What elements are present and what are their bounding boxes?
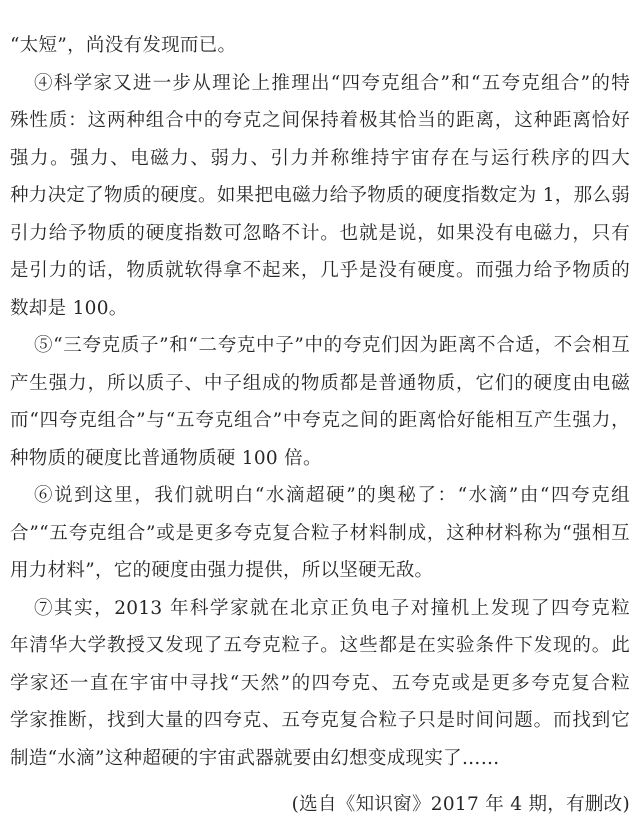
text-line: 学家推断，找到大量的四夸克、五夸克复合粒子只是时间问题。而找到它们之后， bbox=[10, 702, 630, 740]
document-page: “太短”，尚没有发现而已。 ④科学家又进一步从理论上推理出“四夸克组合”和“五夸… bbox=[0, 0, 640, 838]
text-line: 引力给予物质的硬度指数可忽略不计。也就是说，如果没有电磁力，只有弱力或 bbox=[10, 215, 630, 253]
text-line: 是引力的话，物质就软得拿不起来，几乎是没有硬度。而强力给予物质的硬度指 bbox=[10, 252, 630, 290]
text-line: 而“四夸克组合”与“五夸克组合”中夸克之间的距离恰好能相互产生强力，这 bbox=[10, 402, 630, 440]
text-line-paragraph-6-start: ⑥说到这里，我们就明白“水滴超硬”的奥秘了：“水滴”由“四夸克组 bbox=[10, 477, 630, 515]
text-line: 用力材料”，它的硬度由强力提供，所以坚硬无敌。 bbox=[10, 552, 630, 590]
text-line: 种物质的硬度比普通物质硬 100 倍。 bbox=[10, 440, 630, 478]
text-line: “太短”，尚没有发现而已。 bbox=[10, 27, 630, 65]
text-line: 制造“水滴”这种超硬的宇宙武器就要由幻想变成现实了…… bbox=[10, 740, 630, 778]
text-line: 合”“五夸克组合”或是更多夸克复合粒子材料制成，这种材料称为“强相互作 bbox=[10, 515, 630, 553]
text-line: 年清华大学教授又发现了五夸克粒子。这些都是在实验条件下发现的。此外，科 bbox=[10, 627, 630, 665]
attribution-line: (选自《知识窗》2017 年 4 期，有删改) bbox=[10, 786, 630, 824]
text-line-paragraph-4-start: ④科学家又进一步从理论上推理出“四夸克组合”和“五夸克组合”的特 bbox=[10, 65, 630, 103]
text-line-paragraph-7-start: ⑦其实，2013 年科学家就在北京正负电子对撞机上发现了四夸克粒子，2015 bbox=[10, 590, 630, 628]
text-line: 数却是 100。 bbox=[10, 290, 630, 328]
text-line: 产生强力，所以质子、中子组成的物质都是普通物质，它们的硬度由电磁力提供。 bbox=[10, 365, 630, 403]
text-line-paragraph-5-start: ⑤“三夸克质子”和“二夸克中子”中的夸克们因为距离不合适，不会相互 bbox=[10, 327, 630, 365]
text-line: 殊性质：这两种组合中的夸克之间保持着极其恰当的距离，这种距离恰好能产生 bbox=[10, 102, 630, 140]
text-line: 强力。强力、电磁力、弱力、引力并称维持宇宙存在与运行秩序的四大力，这四 bbox=[10, 140, 630, 178]
text-line: 学家还一直在宇宙中寻找“天然”的四夸克、五夸克或是更多夸克复合粒子。科 bbox=[10, 665, 630, 703]
text-line: 种力决定了物质的硬度。如果把电磁力给予物质的硬度指数定为 1，那么弱力和 bbox=[10, 177, 630, 215]
